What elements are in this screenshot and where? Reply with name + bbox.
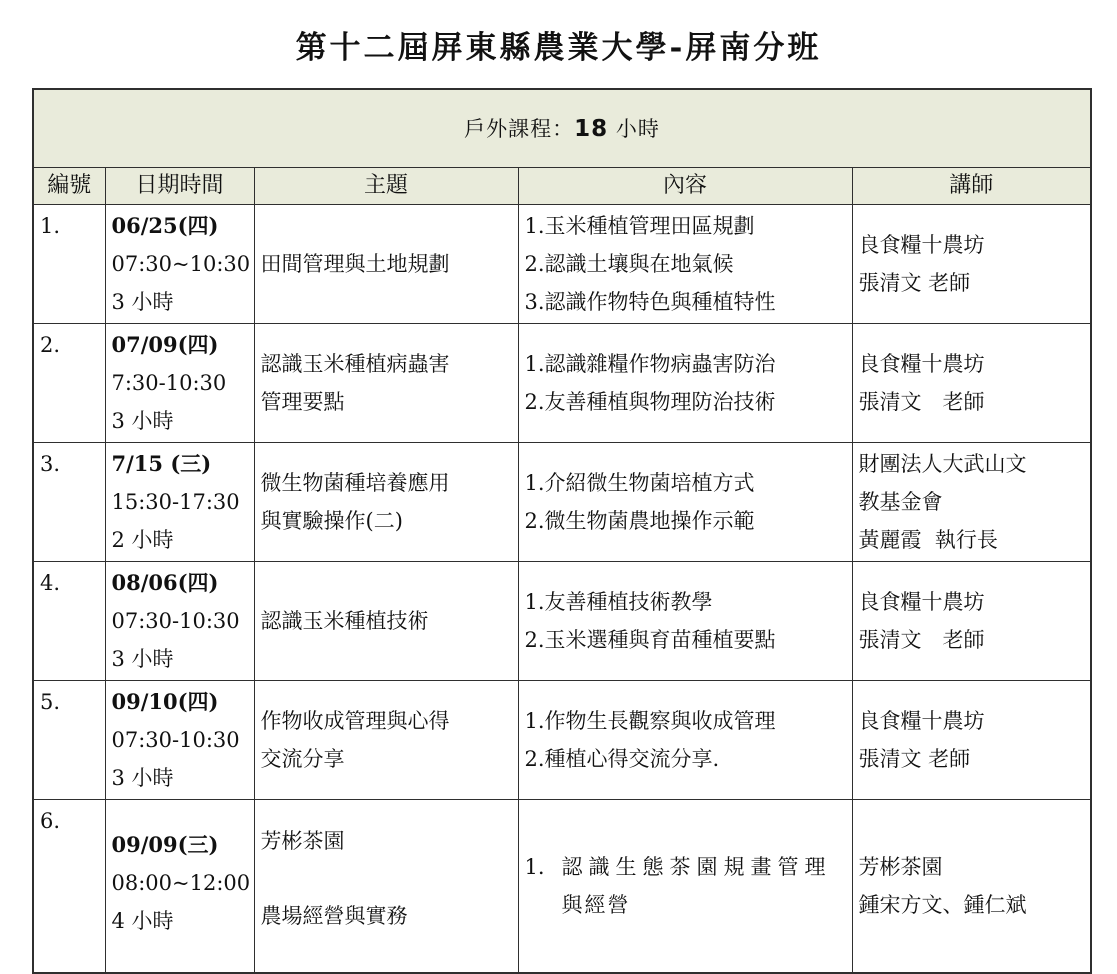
banner-cell: 戶外課程：18 小時 [33,89,1091,168]
duration-text: 3 小時 [112,759,248,797]
cell-topic: 作物收成管理與心得 交流分享 [254,681,518,800]
cell-content: 1.玉米種植管理田區規劃 2.認識土壤與在地氣候 3.認識作物特色與種植特性 [518,205,852,324]
duration-text: 3 小時 [112,283,248,321]
date-text: 07/09(四) [112,326,248,364]
cell-datetime: 07/09(四) 7:30-10:30 3 小時 [105,324,254,443]
time-text: 07:30-10:30 [112,721,248,759]
cell-content: 1.認識生態茶園規畫管理 與經營 [518,800,852,974]
time-text: 07:30-10:30 [112,602,248,640]
cell-content: 1.友善種植技術教學 2.玉米選種與育苗種植要點 [518,562,852,681]
cell-lecturer: 良食糧十農坊 張清文 老師 [852,205,1091,324]
table-row: 1. 06/25(四) 07:30~10:30 3 小時 田間管理與土地規劃 1… [33,205,1091,324]
duration-text: 4 小時 [112,902,248,940]
cell-no: 6. [33,800,105,974]
cell-lecturer: 良食糧十農坊 張清文 老師 [852,324,1091,443]
cell-no: 3. [33,443,105,562]
cell-datetime: 06/25(四) 07:30~10:30 3 小時 [105,205,254,324]
col-header-content: 內容 [518,168,852,205]
col-header-lecturer: 講師 [852,168,1091,205]
duration-text: 2 小時 [112,521,248,559]
cell-no: 1. [33,205,105,324]
cell-content: 1.認識雜糧作物病蟲害防治 2.友善種植與物理防治技術 [518,324,852,443]
table-row: 3. 7/15 (三) 15:30-17:30 2 小時 微生物菌種培養應用 與… [33,443,1091,562]
cell-lecturer: 財團法人大武山文 教基金會 黃麗霞 執行長 [852,443,1091,562]
course-schedule-table: 戶外課程：18 小時 編號 日期時間 主題 內容 講師 1. 06/25(四) … [32,88,1092,974]
banner-unit: 小時 [608,117,660,141]
table-row: 2. 07/09(四) 7:30-10:30 3 小時 認識玉米種植病蟲害 管理… [33,324,1091,443]
page-title: 第十二屆屏東縣農業大學-屏南分班 [0,0,1117,88]
date-text: 06/25(四) [112,207,248,245]
cell-topic: 認識玉米種植病蟲害 管理要點 [254,324,518,443]
time-text: 07:30~10:30 [112,245,248,283]
time-text: 7:30-10:30 [112,364,248,402]
duration-text: 3 小時 [112,640,248,678]
cell-topic: 微生物菌種培養應用 與實驗操作(二) [254,443,518,562]
list-marker: 1. [525,848,562,886]
date-text: 09/09(三) [112,826,248,864]
cell-topic: 認識玉米種植技術 [254,562,518,681]
cell-content: 1.作物生長觀察與收成管理 2.種植心得交流分享. [518,681,852,800]
duration-text: 3 小時 [112,402,248,440]
column-header-row: 編號 日期時間 主題 內容 講師 [33,168,1091,205]
banner-label: 戶外課程： [464,117,574,141]
date-text: 7/15 (三) [112,445,248,483]
cell-topic: 田間管理與土地規劃 [254,205,518,324]
cell-content: 1.介紹微生物菌培植方式 2.微生物菌農地操作示範 [518,443,852,562]
date-text: 08/06(四) [112,564,248,602]
cell-datetime: 7/15 (三) 15:30-17:30 2 小時 [105,443,254,562]
cell-datetime: 08/06(四) 07:30-10:30 3 小時 [105,562,254,681]
col-header-datetime: 日期時間 [105,168,254,205]
cell-lecturer: 良食糧十農坊 張清文 老師 [852,681,1091,800]
date-text: 09/10(四) [112,683,248,721]
col-header-no: 編號 [33,168,105,205]
cell-no: 5. [33,681,105,800]
banner-row: 戶外課程：18 小時 [33,89,1091,168]
cell-topic: 芳彬茶園 農場經營與實務 [254,800,518,974]
col-header-topic: 主題 [254,168,518,205]
cell-lecturer: 芳彬茶園 鍾宋方文、鍾仁斌 [852,800,1091,974]
cell-no: 4. [33,562,105,681]
time-text: 15:30-17:30 [112,483,248,521]
table-row: 5. 09/10(四) 07:30-10:30 3 小時 作物收成管理與心得 交… [33,681,1091,800]
table-row: 4. 08/06(四) 07:30-10:30 3 小時 認識玉米種植技術 1.… [33,562,1091,681]
cell-datetime: 09/09(三) 08:00~12:00 4 小時 [105,800,254,974]
cell-lecturer: 良食糧十農坊 張清文 老師 [852,562,1091,681]
banner-hours: 18 [574,116,608,142]
time-text: 08:00~12:00 [112,864,248,902]
cell-no: 2. [33,324,105,443]
table-row: 6. 09/09(三) 08:00~12:00 4 小時 芳彬茶園 農場經營與實… [33,800,1091,974]
cell-datetime: 09/10(四) 07:30-10:30 3 小時 [105,681,254,800]
